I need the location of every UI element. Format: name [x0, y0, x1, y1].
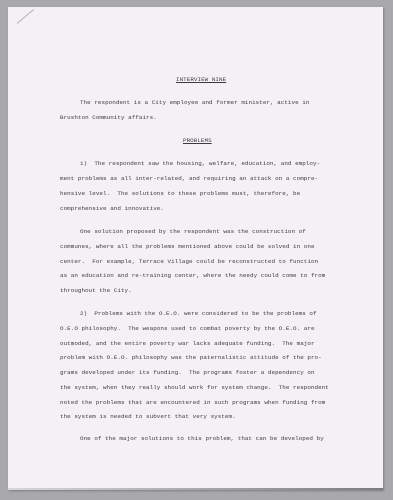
paragraph-line: problem with O.E.O. philosophy was the p… — [60, 354, 322, 361]
paragraph-line: outmoded, and the entire poverty war lac… — [60, 340, 315, 347]
pencil-mark — [17, 9, 34, 24]
paragraph-line: hensive level. The solutions to these pr… — [60, 190, 300, 197]
section-heading: PROBLEMS — [183, 137, 212, 144]
paragraph-line: 2) Problems with the O.E.O. were conside… — [80, 310, 317, 317]
paragraph-line: comprehensive and innovative. — [60, 205, 164, 212]
paragraph-line: communes, where all the problems mention… — [60, 243, 315, 250]
paragraph-line: O.E.O philosophy. The weapons used to co… — [60, 325, 315, 332]
paragraph-line: the system, when they really should work… — [60, 384, 329, 391]
intro-line: The respondent is a City employee and fo… — [80, 99, 309, 106]
paragraph-line: throughout the City. — [60, 287, 132, 294]
paragraph-line: center. For example, Terrace Village cou… — [60, 258, 318, 265]
paragraph-line: noted the problems that are encountered … — [60, 399, 325, 406]
document-title: INTERVIEW NINE — [176, 76, 226, 83]
paragraph-line: the system is needed to subvert that ver… — [60, 413, 236, 420]
paragraph-line: One solution proposed by the respondent … — [80, 228, 306, 235]
paragraph-line: 1) The respondent saw the housing, welfa… — [80, 160, 320, 167]
document-page: INTERVIEW NINE The respondent is a City … — [8, 7, 383, 490]
intro-line: Brushton Community affairs. — [60, 114, 157, 121]
paragraph-line: ment problems as all inter-related, and … — [60, 175, 318, 182]
paragraph-line: grams developed under its funding. The p… — [60, 369, 315, 376]
paragraph-line: as an education and re-training center, … — [60, 272, 325, 279]
paragraph-line: One of the major solutions to this probl… — [80, 435, 324, 442]
